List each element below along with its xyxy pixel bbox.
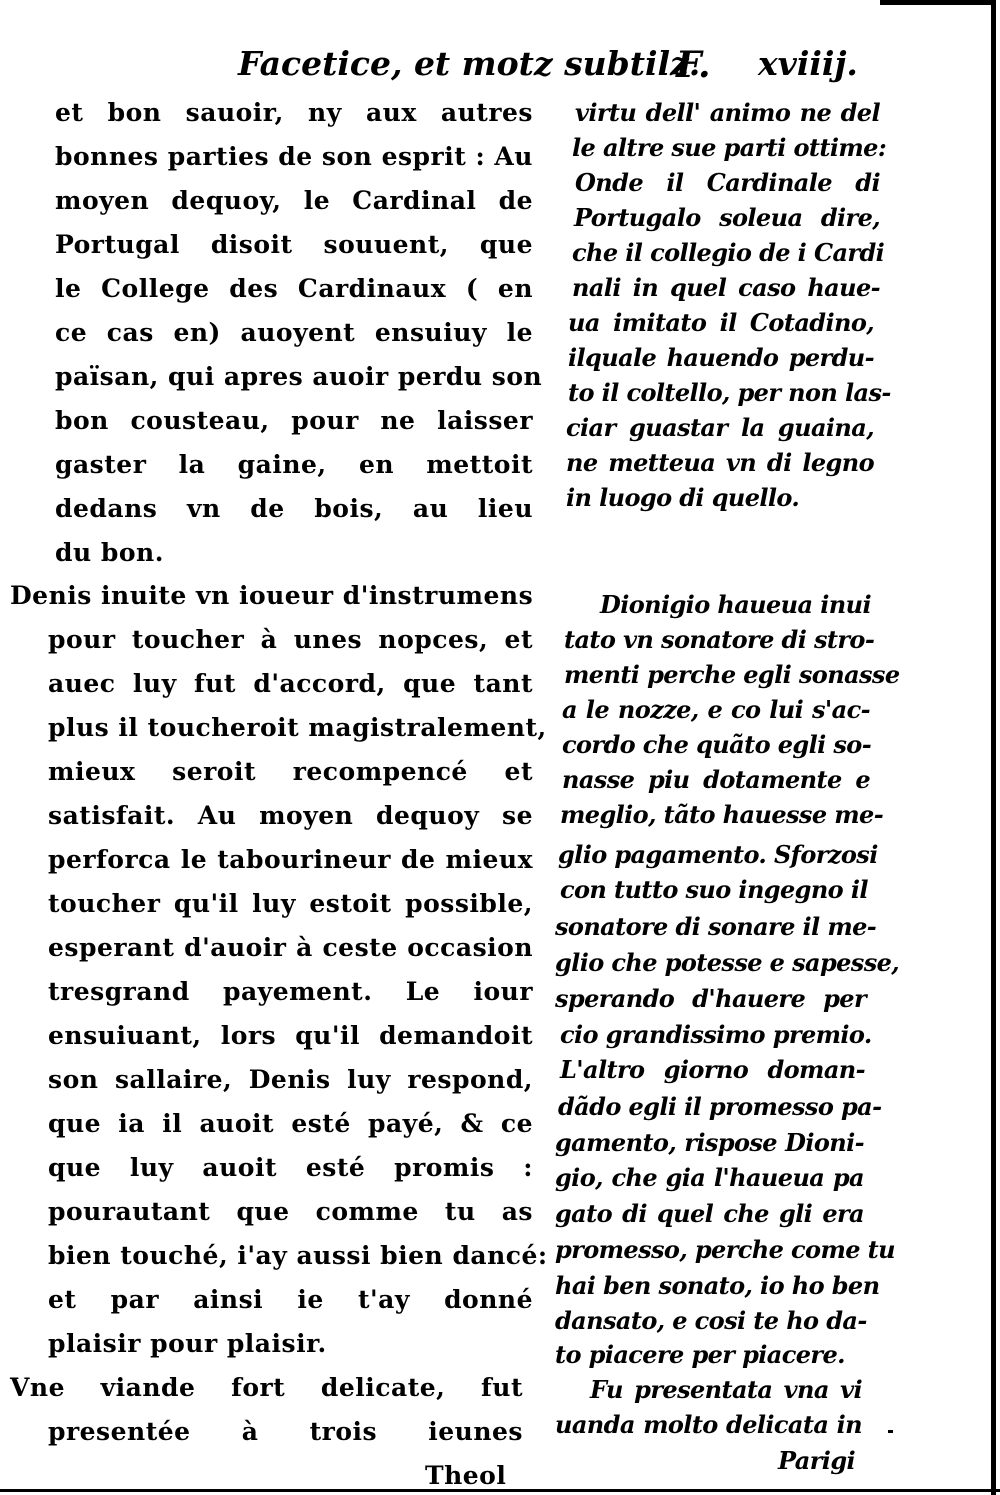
text-line: pour toucher à unes nopces, et [48, 624, 533, 656]
text-line: ciar guastar la guaina, [566, 413, 874, 443]
text-line: plus il toucheroit magistralement, [48, 712, 533, 744]
text-line: mieux seroit recompencé et [48, 756, 533, 788]
text-line: dedans vn de bois, au lieu [55, 493, 533, 525]
running-head: Facetice, et motz subtilz. F. xviiij. [238, 44, 878, 94]
running-head-title: Facetice, et motz subtilz. [238, 44, 700, 83]
text-line: bien touché, i'ay aussi bien dancé: [48, 1240, 533, 1272]
text-line: hai ben sonato, io ho ben [555, 1271, 864, 1301]
book-page: Facetice, et motz subtilz. F. xviiij. et… [0, 0, 1000, 1495]
text-line: cordo che quãto egli so- [562, 730, 870, 760]
text-line: et par ainsi ie t'ay donné [48, 1284, 533, 1316]
text-line: sonatore di sonare il me- [555, 912, 866, 942]
text-line: que luy auoit esté promis : [48, 1152, 533, 1184]
text-line: que ia il auoit esté payé, & ce [48, 1108, 533, 1140]
text-line: Portugalo soleua dire, [574, 203, 880, 233]
text-line: et bon sauoir, ny aux autres [55, 97, 533, 129]
text-line: meglio, tãto hauesse me- [560, 800, 868, 830]
folio-number: xviiij. [758, 44, 858, 83]
text-line: sperando d'hauere per [555, 984, 866, 1014]
text-line: satisfait. Au moyen dequoy se [48, 800, 533, 832]
text-line: menti perche egli sonasse [564, 660, 870, 690]
text-line: bonnes parties de son esprit : Au [55, 141, 533, 173]
text-line: nasse piu dotamente e [562, 765, 870, 795]
text-line: dansato, e cosi te ho da- [555, 1306, 864, 1336]
text-line: pourautant que comme tu as [48, 1196, 533, 1228]
folio-signature: F. [676, 44, 710, 86]
text-line: ne metteua vn di legno [566, 448, 874, 478]
text-line: in luogo di quello. [566, 483, 799, 513]
text-line: gamento, rispose Dioni- [555, 1128, 864, 1158]
text-line: promesso, perche come tu [555, 1235, 864, 1265]
text-line: nali in quel caso haue- [572, 273, 880, 303]
text-line: to piacere per piacere. [555, 1340, 845, 1370]
text-line: gato di quel che gli era [555, 1199, 864, 1229]
text-line: to il coltello, per non las- [568, 378, 874, 408]
text-line: uanda molto delicata in [555, 1410, 862, 1440]
text-line: ilquale hauendo perdu- [568, 343, 874, 373]
text-line: presentée à trois ieunes [48, 1416, 523, 1448]
paragraph-start-line: Vne viande fort delicate, fut [10, 1372, 523, 1404]
scan-speck [888, 1430, 893, 1433]
text-line: glio pagamento. Sforzosi [558, 840, 868, 870]
scan-border-right [991, 0, 996, 1495]
text-line: ce cas en) auoyent ensuiuy le [55, 317, 533, 349]
text-line: son sallaire, Denis luy respond, [48, 1064, 533, 1096]
text-line: gaster la gaine, en mettoit [55, 449, 533, 481]
text-line: tato vn sonatore di stro- [564, 625, 870, 655]
catchword: Theol [425, 1460, 506, 1492]
text-line: bon cousteau, pour ne laisser [55, 405, 533, 437]
text-line: gio, che gia l'haueua pa [555, 1163, 864, 1193]
text-line: ua imitato il Cotadino, [568, 308, 874, 338]
text-line: le College des Cardinaux ( en [55, 273, 533, 305]
text-line: ensuiuant, lors qu'il demandoit [48, 1020, 533, 1052]
text-line: tresgrand payement. Le iour [48, 976, 533, 1008]
text-line: Portugal disoit souuent, que [55, 229, 533, 261]
scan-border-top [880, 0, 996, 5]
text-line: dãdo egli il promesso pa- [558, 1092, 864, 1122]
text-line: che il collegio de i Cardi [572, 238, 880, 268]
paragraph-start-line: Denis inuite vn ioueur d'instrumens [10, 580, 533, 612]
text-line: païsan, qui apres auoir perdu son [55, 361, 533, 393]
text-line: toucher qu'il luy estoit possible, [48, 888, 533, 920]
text-line: glio che potesse e sapesse, [555, 948, 866, 978]
text-line: con tutto suo ingegno il [560, 875, 866, 905]
catchword: Parigi [778, 1446, 855, 1476]
text-line: auec luy fut d'accord, que tant [48, 668, 533, 700]
text-line: moyen dequoy, le Cardinal de [55, 185, 533, 217]
text-line: le altre sue parti ottime: [572, 133, 880, 163]
paragraph-start-line: Dionigio haueua inui [600, 590, 870, 620]
text-line: du bon. [55, 537, 164, 569]
text-line: Onde il Cardinale di [575, 168, 880, 198]
text-line: a le nozze, e co lui s'ac- [562, 695, 870, 725]
text-line: perforca le tabourineur de mieux [48, 844, 533, 876]
text-line: cio grandissimo premio. [560, 1020, 865, 1050]
text-line: L'altro giorno doman- [560, 1055, 865, 1085]
text-line: esperant d'auoir à ceste occasion [48, 932, 533, 964]
text-line: plaisir pour plaisir. [48, 1328, 327, 1360]
paragraph-start-line: Fu presentata vna vi [590, 1375, 862, 1405]
text-line: virtu dell' animo ne del [575, 98, 880, 128]
